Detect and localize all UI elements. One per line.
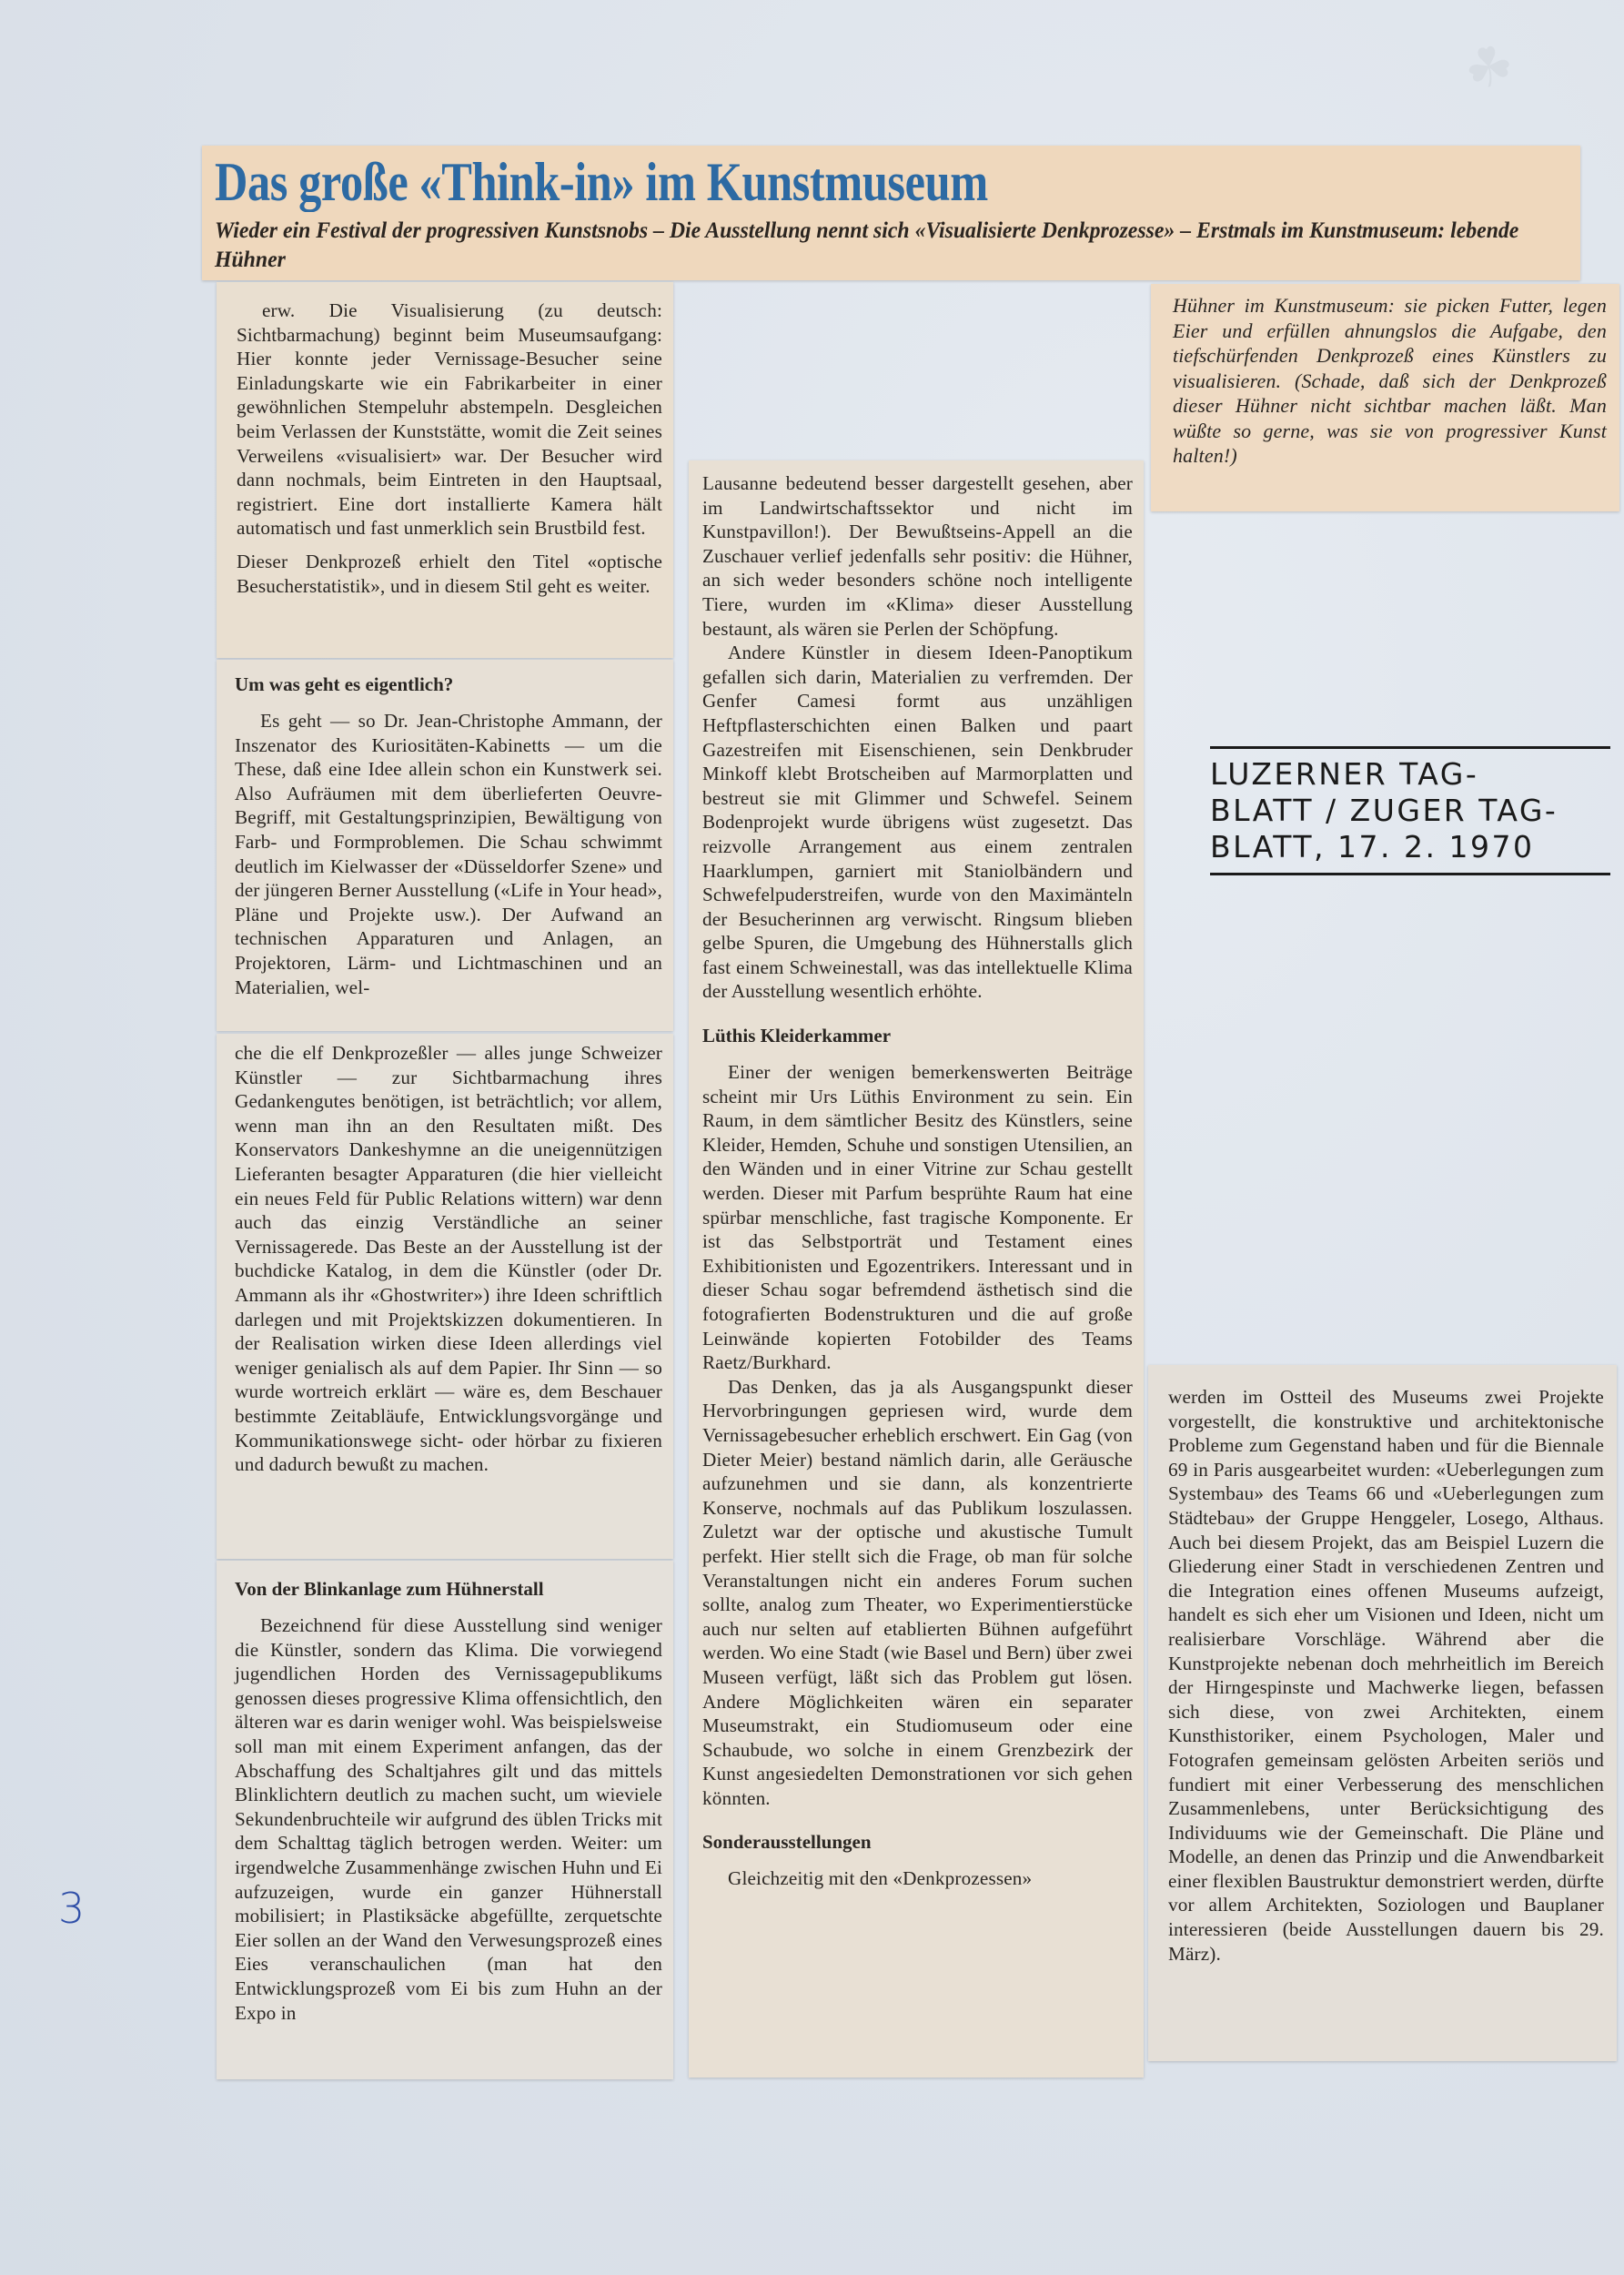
divider xyxy=(1210,746,1610,749)
paragraph: Gleichzeitig mit den «Denkprozessen» xyxy=(702,1866,1133,1891)
section-heading: Sonderausstellungen xyxy=(702,1830,1133,1854)
paragraph: che die elf Denkprozeßler — alles junge … xyxy=(235,1041,662,1477)
source-line: LUZERNER TAG- xyxy=(1210,756,1615,793)
article-headline: Das große «Think-in» im Kunstmuseum xyxy=(215,149,1351,215)
source-line: BLATT, 17. 2. 1970 xyxy=(1210,829,1615,865)
column-1-block-d: Von der Blinkanlage zum Hühnerstall Beze… xyxy=(217,1561,673,2079)
divider xyxy=(1210,873,1610,875)
column-1-block-c: che die elf Denkprozeßler — alles junge … xyxy=(217,1034,673,1559)
column-1-block-b: Um was geht es eigentlich? Es geht — so … xyxy=(217,660,673,1031)
section-heading: Von der Blinkanlage zum Hühnerstall xyxy=(235,1577,662,1601)
paragraph: Das Denken, das ja als Ausgangspunkt die… xyxy=(702,1375,1133,1811)
column-2: Lausanne bedeutend besser dargestellt ge… xyxy=(689,460,1144,2078)
paragraph: Andere Künstler in diesem Ideen-Panoptik… xyxy=(702,641,1133,1004)
paragraph: Es geht — so Dr. Jean-Christophe Ammann,… xyxy=(235,709,662,999)
headline-clipping: Das große «Think-in» im Kunstmuseum Wied… xyxy=(202,146,1580,280)
photo-caption: Hühner im Kunstmuseum: sie picken Futter… xyxy=(1173,293,1607,469)
paragraph: Dieser Denkprozeß erhielt den Titel «opt… xyxy=(237,550,662,598)
handwritten-page-number: 3 xyxy=(58,1884,85,1933)
paragraph: werden im Ostteil des Museums zwei Proje… xyxy=(1168,1385,1604,1966)
photo-caption-clipping: Hühner im Kunstmuseum: sie picken Futter… xyxy=(1151,284,1619,511)
paragraph: Lausanne bedeutend besser dargestellt ge… xyxy=(702,471,1133,641)
source-line: BLATT / ZUGER TAG- xyxy=(1210,793,1615,829)
column-1-block-a: erw. Die Visualisierung (zu deutsch: Sic… xyxy=(217,282,673,658)
paragraph: Einer der wenigen bemerkenswerten Beiträ… xyxy=(702,1060,1133,1375)
article-subheadline: Wieder ein Festival der progressiven Kun… xyxy=(215,217,1589,275)
handwritten-source-note: LUZERNER TAG- BLATT / ZUGER TAG- BLATT, … xyxy=(1210,746,1615,875)
column-3: werden im Ostteil des Museums zwei Proje… xyxy=(1148,1365,1617,2061)
section-heading: Lüthis Kleiderkammer xyxy=(702,1024,1133,1047)
section-heading: Um was geht es eigentlich? xyxy=(235,672,662,696)
paragraph: erw. Die Visualisierung (zu deutsch: Sic… xyxy=(237,298,662,541)
embossed-watermark: ☘ xyxy=(1459,33,1518,104)
paragraph: Bezeichnend für diese Ausstellung sind w… xyxy=(235,1613,662,2025)
